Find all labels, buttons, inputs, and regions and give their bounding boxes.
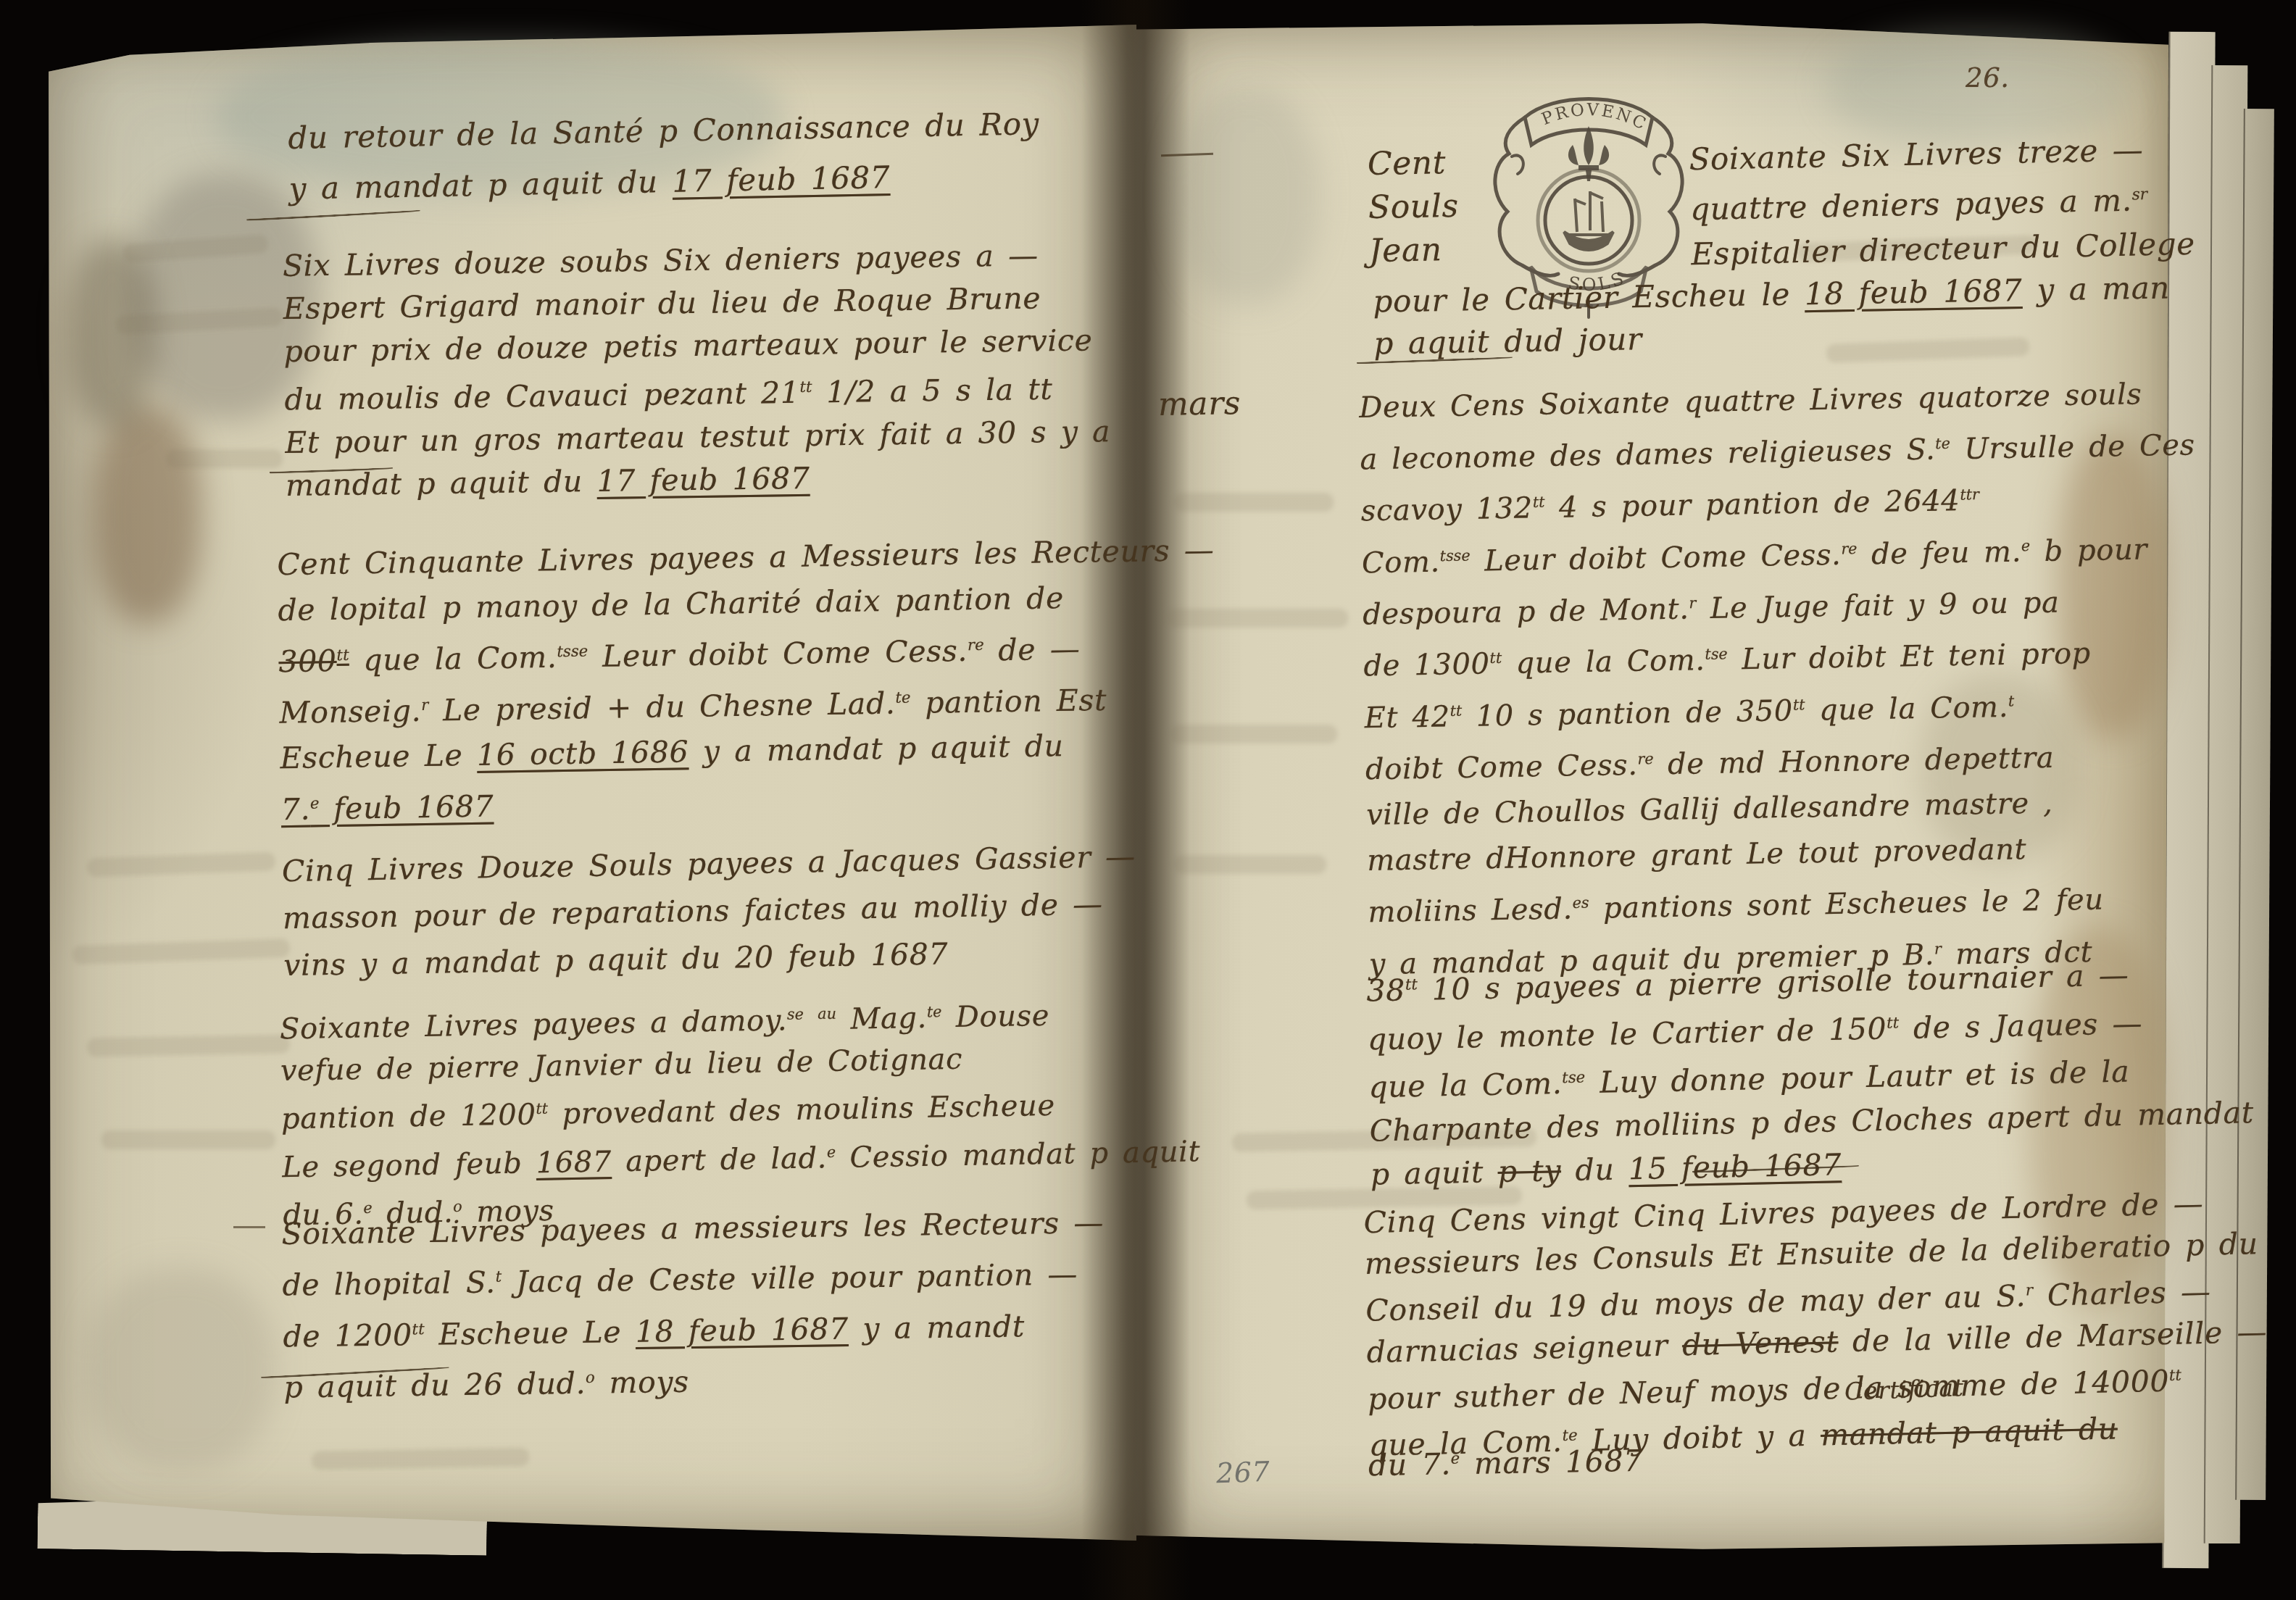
ledger-entry: Deux Cens Soixante quattre Livres quator…	[1359, 371, 2204, 988]
ledger-entry: Soixante Livres payees a messieurs les R…	[281, 1200, 1106, 1411]
manuscript-spread: PROVENCE SOLS du retour de la Santé p Co…	[0, 0, 2296, 1600]
left-page-header: du retour de la Santé p Connaissance du …	[288, 99, 1041, 214]
bleedthrough-mark	[312, 1447, 529, 1470]
pencil-folio-number: 267	[1215, 1456, 1270, 1490]
entry-right-of-stamp: Soixante Six Livres treze —quattre denie…	[1689, 127, 2195, 278]
ledger-entry: Cinq Cens vingt Cinq Livres payees de Lo…	[1363, 1182, 2269, 1467]
hw-line: du 7.e mars 1687	[1368, 1443, 1644, 1483]
bleedthrough-mark	[87, 1035, 290, 1057]
bleedthrough-mark	[1174, 855, 1326, 874]
page-number: 26.	[1966, 62, 2010, 93]
ledger-entry: pour le Cartier Escheu le 18 feub 1687 y…	[1373, 267, 2171, 364]
stamp-banner-top: PROVENCE	[1478, 84, 1650, 135]
svg-text:PROVENCE: PROVENCE	[1478, 84, 1650, 135]
bleedthrough-mark	[167, 449, 283, 468]
margin-month-note: mars	[1158, 385, 1241, 423]
interline-correction: Certificat	[1844, 1373, 1964, 1406]
hw-line: Cent	[1367, 141, 1458, 186]
ship-icon	[1564, 191, 1613, 250]
hw-line: Souls	[1368, 185, 1459, 230]
ledger-entry: 38tt 10 s payees a pierre grisolle tourn…	[1366, 946, 2255, 1196]
ledger-entry: Six Livres douze soubs Six deniers payee…	[283, 233, 1112, 507]
paper-stain	[87, 1268, 275, 1471]
entry-left-column: CentSoulsJean	[1367, 141, 1460, 273]
hw-line: Jean	[1369, 228, 1460, 273]
bleedthrough-mark	[1174, 493, 1334, 512]
paper-stain	[93, 406, 201, 623]
ledger-entry: Cinq Livres Douze Souls payees a Jacques…	[281, 833, 1137, 990]
ledger-entry: Cent Cinquante Livres payees a Messieurs…	[277, 528, 1218, 833]
margin-dash	[233, 1226, 265, 1228]
ledger-entry: Soixante Livres payees a damoy.se au Mag…	[279, 986, 1202, 1236]
bleedthrough-mark	[101, 1130, 275, 1149]
paper-stain	[1174, 87, 1319, 304]
entry-date-line: du 7.e mars 1687	[1368, 1443, 1644, 1483]
